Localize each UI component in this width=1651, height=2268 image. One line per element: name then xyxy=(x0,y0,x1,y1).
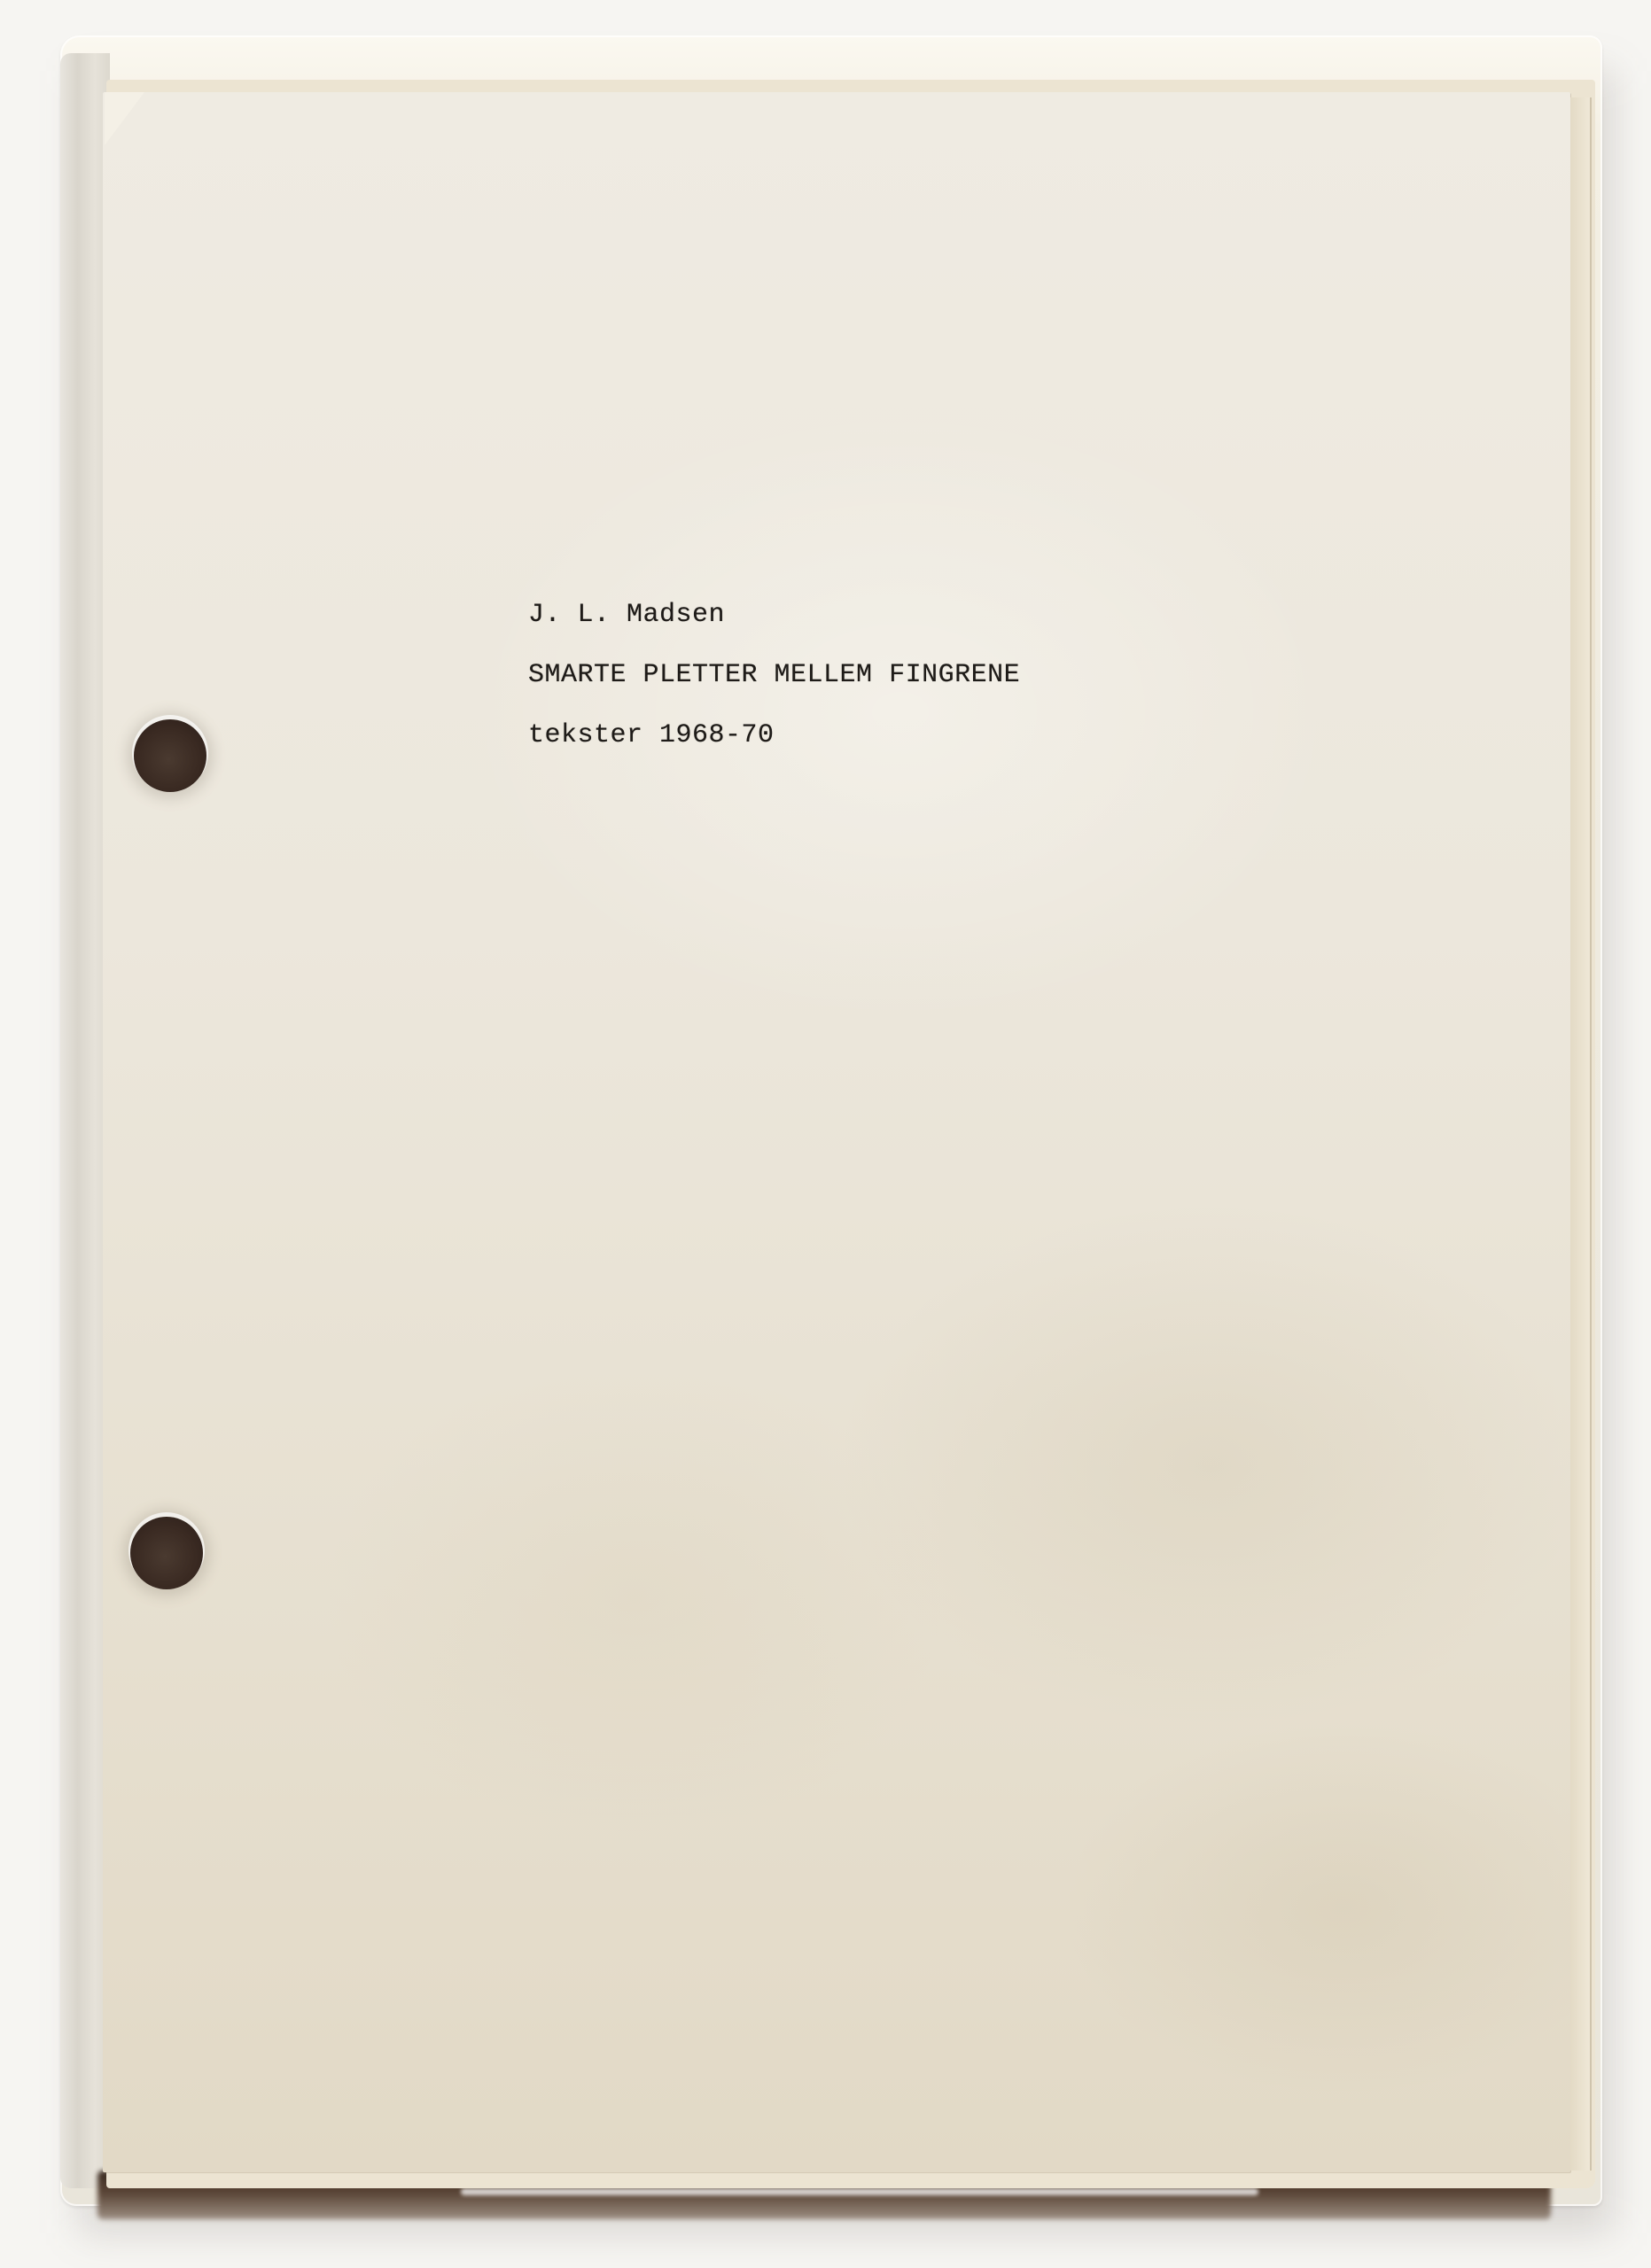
torn-corner xyxy=(105,92,144,145)
title-block: J. L. Madsen SMARTE PLETTER MELLEM FINGR… xyxy=(528,599,1020,780)
document-subtitle: tekster 1968-70 xyxy=(528,719,1020,780)
document-title: SMARTE PLETTER MELLEM FINGRENE xyxy=(528,659,1020,719)
punch-hole-icon xyxy=(130,1517,203,1589)
punch-hole-icon xyxy=(134,719,206,792)
cover-page xyxy=(103,92,1570,2172)
sleeve-glint xyxy=(461,2188,1258,2195)
page-stack-edge xyxy=(1570,97,1592,2171)
author-name: J. L. Madsen xyxy=(528,599,1020,659)
